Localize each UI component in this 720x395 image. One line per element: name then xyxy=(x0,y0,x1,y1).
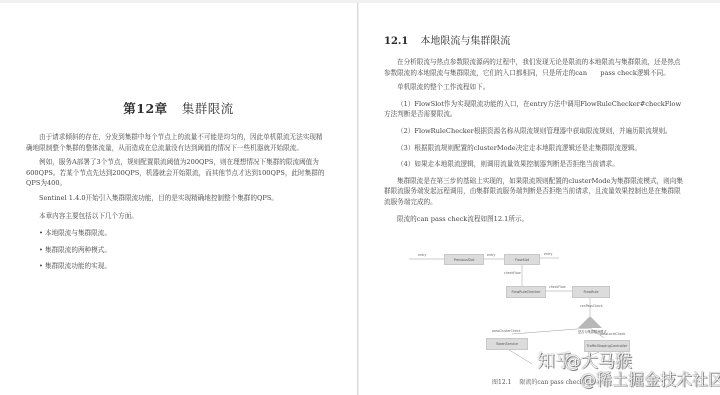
chapter-title: 集群限流 xyxy=(182,101,234,116)
decision-node-shape xyxy=(578,316,602,328)
figure-caption-text: 限流的can pass check流程 xyxy=(519,379,595,386)
section-number: 12.1 xyxy=(384,36,408,47)
right-page: 12.1本地限流与集群限流 在分析限流与热点参数限流源码的过程中，我们发现无论是… xyxy=(359,3,720,395)
flow-diagram: entry PreviousSlot entry FlowSlot entry … xyxy=(404,246,644,371)
paragraph: 限流的can pass check流程如图12.1所示。 xyxy=(384,214,686,225)
edge-label: checkFlow xyxy=(549,285,566,289)
edge-label: passLocalCheck xyxy=(600,332,625,336)
node-flow-rule: FlowRule xyxy=(572,286,610,298)
paragraph: 由于请求倾斜的存在，分发到集群中每个节点上的流量不可能是均匀的，因此单机限流无法… xyxy=(26,132,326,153)
section-heading: 12.1本地限流与集群限流 xyxy=(384,32,510,47)
edge-label: entry xyxy=(418,253,426,257)
node-previous-slot: PreviousSlot xyxy=(444,254,484,265)
bullet-item: • 集群限流功能的实现。 xyxy=(39,261,326,272)
node-flow-slot: FlowSlot xyxy=(504,254,540,265)
paragraph: 本章内容主要包括以下几个方面。 xyxy=(26,211,326,222)
book-spread: 第12章集群限流 由于请求倾斜的存在，分发到集群中每个节点上的流量不可能是均匀的… xyxy=(0,0,720,395)
paragraph: Sentinel 1.4.0开始引入集群限流功能，目的是实现精确地控制整个集群的… xyxy=(26,193,326,204)
chapter-heading: 第12章集群限流 xyxy=(0,99,357,117)
chapter-intro: 由于请求倾斜的存在，分发到集群中每个节点上的流量不可能是均匀的，因此单机限流无法… xyxy=(26,132,326,278)
section-title: 本地限流与集群限流 xyxy=(420,36,510,47)
edge-label: passClusterCheck xyxy=(492,329,520,333)
zhihu-logo-watermark: 知乎 xyxy=(537,347,573,373)
paragraph: 例如，服务A部署了3个节点，规则配置限流阈值为200QPS，则在理想情况下集群的… xyxy=(26,157,326,189)
bullet-item: • 集群限流的两种模式。 xyxy=(39,245,326,256)
paragraph: （2）FlowRuleChecker根据资源名称从限流规则管理器中获取限流规则，… xyxy=(384,126,686,137)
paragraph: 单机限流的整个工作流程如下。 xyxy=(384,82,686,93)
edge-label: checkFlow xyxy=(504,271,521,275)
edge-label: canPassCheck xyxy=(580,304,603,308)
left-page: 第12章集群限流 由于请求倾斜的存在，分发到集群中每个节点上的流量不可能是均匀的… xyxy=(0,3,358,395)
paragraph: （1）FlowSlot作为实现限流功能的入口，在entry方法中调用FlowRu… xyxy=(384,99,686,120)
paragraph: （3）根据限流规则配置的clusterMode决定走本地限流逻辑还是走集群限流逻… xyxy=(384,143,686,154)
node-traffic-shaping-controller: TrafficShapingController xyxy=(584,340,630,352)
paragraph: 集群限流是在第三步的基础上实现的，如果限流规则配置的clusterMode为集群… xyxy=(384,176,686,208)
chapter-number: 第12章 xyxy=(123,101,167,116)
figure-caption: 图12.1限流的can pass check流程 xyxy=(492,377,595,386)
edge-label: entry xyxy=(487,253,495,257)
figure-number: 图12.1 xyxy=(492,379,511,386)
edge-label: entry xyxy=(544,252,552,256)
paragraph: （4）如果走本地限流逻辑，则调用流量效果控制器判断是否拒绝当前请求。 xyxy=(384,159,686,170)
node-token-service: TokenService xyxy=(486,338,528,350)
section-body: 在分析限流与热点参数限流源码的过程中，我们发现无论是限流的本地限流与集群限流，还… xyxy=(384,57,686,228)
node-flow-rule-checker: FlowRuleChecker xyxy=(506,286,546,298)
paragraph: 在分析限流与热点参数限流源码的过程中，我们发现无论是限流的本地限流与集群限流，还… xyxy=(384,57,686,78)
bullet-item: • 本地限流与集群限流。 xyxy=(39,228,326,239)
